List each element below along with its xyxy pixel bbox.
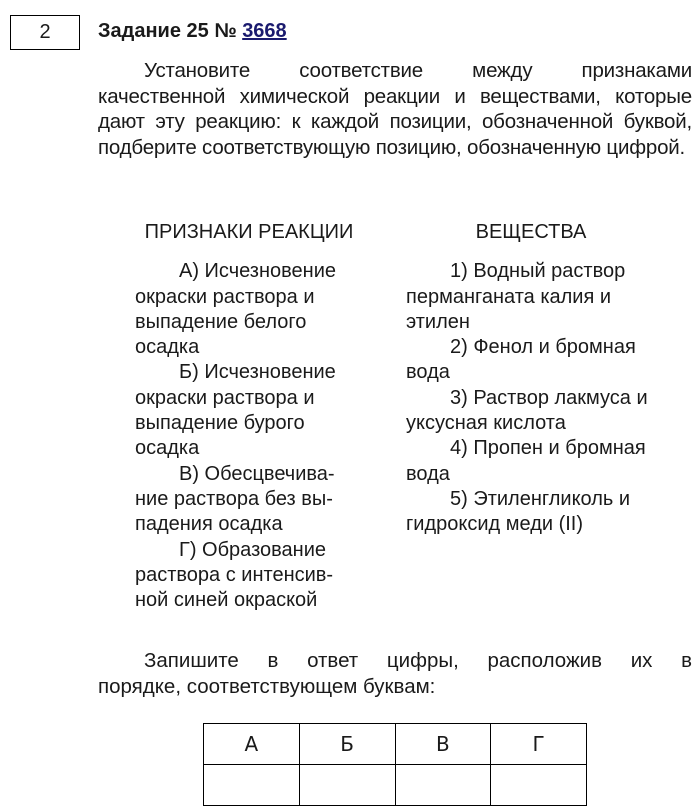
answer-table-input-row [204, 765, 587, 806]
answer-cell-a[interactable] [204, 765, 300, 806]
reaction-sign-item: В) Обесцвечива­ние раствора без вы­паден… [135, 462, 355, 538]
answer-instruction-line1: Запишите в ответ цифры, расположив их в [98, 648, 692, 674]
answer-table: А Б В Г [203, 723, 587, 806]
answer-header-a: А [204, 724, 300, 765]
reaction-sign-item: А) Исчезновение окраски раствора и выпад… [135, 259, 355, 360]
answer-header-g: Г [491, 724, 587, 765]
answer-header-v: В [395, 724, 491, 765]
substance-item: 4) Пропен и бром­ная вода [406, 436, 656, 487]
reaction-sign-item: Г) Образование раствора с интенсив­ной с… [135, 538, 355, 614]
answer-table-header-row: А Б В Г [204, 724, 587, 765]
substances-heading: ВЕЩЕСТВА [406, 220, 656, 245]
task-number: 2 [39, 21, 50, 44]
reaction-signs-column: ПРИЗНАКИ РЕАКЦИИ А) Исчезновение окраски… [135, 220, 355, 613]
task-title-prefix: Задание 25 № [98, 20, 237, 42]
substances-column: ВЕЩЕСТВА 1) Водный раствор перманганата … [406, 220, 656, 538]
task-number-box: 2 [10, 15, 80, 50]
task-intro: Установите соответствие между признаками… [98, 58, 692, 160]
substance-item: 1) Водный раствор перманганата калия и э… [406, 259, 656, 335]
answer-cell-v[interactable] [395, 765, 491, 806]
reaction-sign-item: Б) Исчезновение окраски раствора и выпад… [135, 360, 355, 461]
answer-cell-g[interactable] [491, 765, 587, 806]
answer-cell-b[interactable] [299, 765, 395, 806]
task-title: Задание 25 № 3668 [98, 20, 287, 43]
reaction-signs-heading: ПРИЗНАКИ РЕАКЦИИ [133, 220, 365, 245]
answer-instruction: Запишите в ответ цифры, расположив их в … [98, 648, 692, 699]
task-id-link[interactable]: 3668 [242, 20, 287, 42]
substance-item: 5) Этиленгликоль и гидроксид меди (II) [406, 487, 656, 538]
answer-header-b: Б [299, 724, 395, 765]
answer-instruction-line2: порядке, соответствующем буквам: [98, 675, 435, 698]
substance-item: 3) Раствор лакмуса и уксусная кислота [406, 386, 656, 437]
substance-item: 2) Фенол и бромная вода [406, 335, 656, 386]
